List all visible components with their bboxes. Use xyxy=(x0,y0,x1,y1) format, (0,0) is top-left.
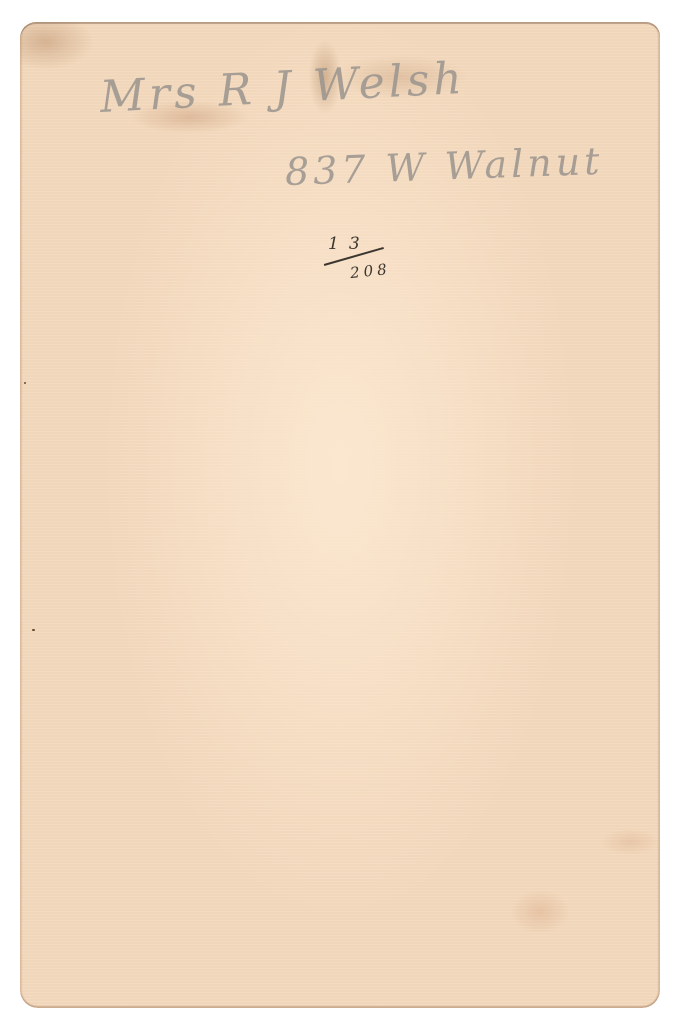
paper-speck xyxy=(24,382,26,384)
fraction-denominator: 208 xyxy=(349,260,391,282)
handwritten-name: Mrs R J Welsh xyxy=(99,53,467,123)
paper-speck xyxy=(32,629,35,631)
handwritten-address: 837 W Walnut xyxy=(284,139,604,194)
photo-card-back: Mrs R J Welsh 837 W Walnut 13 208 xyxy=(20,22,660,1008)
handwritten-fraction: 13 208 xyxy=(320,234,420,294)
fraction-numerator: 13 xyxy=(328,234,370,254)
